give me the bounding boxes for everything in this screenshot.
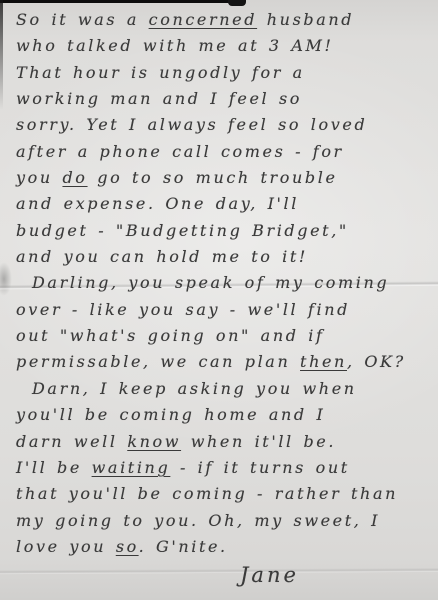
letter-line: Darn, I keep asking you when (16, 376, 432, 402)
signature: Jane (16, 560, 432, 590)
letter-line: out "what's going on" and if (16, 323, 432, 349)
underlined-word: waiting (92, 458, 171, 477)
letter-line: I'll be waiting - if it turns out (16, 455, 432, 481)
letter-line: you do go to so much trouble (16, 165, 432, 191)
letter-line: budget - "Budgetting Bridget," (16, 218, 432, 244)
letter-line: love you so. G'nite. (16, 534, 432, 560)
letter-text: my going to you. Oh, my sweet, I (16, 511, 380, 530)
letter-text: you (16, 168, 62, 187)
letter-text: Darling, you speak of my coming (32, 273, 389, 292)
letter-line: over - like you say - we'll find (16, 297, 432, 323)
letter-body: So it was a concerned husbandwho talked … (16, 7, 432, 590)
underlined-word: know (127, 432, 181, 451)
letter-text: and expense. One day, I'll (16, 194, 299, 213)
letter-line: So it was a concerned husband (16, 7, 432, 33)
letter-text: I'll be (16, 458, 92, 477)
letter-text: . G'nite. (139, 537, 228, 556)
letter-paper: So it was a concerned husbandwho talked … (0, 0, 438, 600)
letter-line: That hour is ungodly for a (16, 60, 432, 86)
letter-line: darn well know when it'll be. (16, 429, 432, 455)
letter-text: permissable, we can plan (16, 352, 300, 371)
letter-line: that you'll be coming - rather than (16, 481, 432, 507)
letter-line: Darling, you speak of my coming (16, 270, 432, 296)
letter-text: - if it turns out (170, 458, 350, 477)
letter-text: out "what's going on" and if (16, 326, 325, 345)
scan-edge-left (0, 0, 3, 110)
letter-line: after a phone call comes - for (16, 139, 432, 165)
letter-text: who talked with me at 3 AM! (16, 36, 334, 55)
letter-text: over - like you say - we'll find (16, 300, 350, 319)
crease-smudge (0, 262, 12, 296)
letter-text: Jane (240, 563, 299, 587)
letter-text: That hour is ungodly for a (16, 63, 305, 82)
scan-edge-artifact (0, 0, 236, 3)
letter-line: permissable, we can plan then, OK? (16, 349, 432, 375)
letter-text: darn well (16, 432, 127, 451)
letter-text: sorry. Yet I always feel so loved (16, 115, 367, 134)
letter-line: and expense. One day, I'll (16, 191, 432, 217)
letter-text: after a phone call comes - for (16, 142, 344, 161)
letter-text: husband (257, 10, 354, 29)
letter-line: sorry. Yet I always feel so loved (16, 112, 432, 138)
letter-text: love you (16, 537, 116, 556)
letter-text: budget - "Budgetting Bridget," (16, 221, 349, 240)
letter-text: working man and I feel so (16, 89, 302, 108)
letter-text: that you'll be coming - rather than (16, 484, 398, 503)
letter-line: and you can hold me to it! (16, 244, 432, 270)
underlined-word: so (116, 537, 139, 556)
underlined-word: do (62, 168, 87, 187)
letter-text: and you can hold me to it! (16, 247, 308, 266)
letter-line: working man and I feel so (16, 86, 432, 112)
underlined-word: concerned (149, 10, 257, 29)
letter-text: Darn, I keep asking you when (32, 379, 357, 398)
underlined-word: then (300, 352, 347, 371)
letter-line: who talked with me at 3 AM! (16, 33, 432, 59)
letter-text: go to so much trouble (88, 168, 338, 187)
letter-line: my going to you. Oh, my sweet, I (16, 508, 432, 534)
letter-text: , OK? (347, 352, 406, 371)
letter-text: you'll be coming home and I (16, 405, 325, 424)
letter-line: you'll be coming home and I (16, 402, 432, 428)
letter-text: So it was a (16, 10, 149, 29)
scan-edge-notch (228, 0, 246, 6)
letter-text: when it'll be. (181, 432, 336, 451)
